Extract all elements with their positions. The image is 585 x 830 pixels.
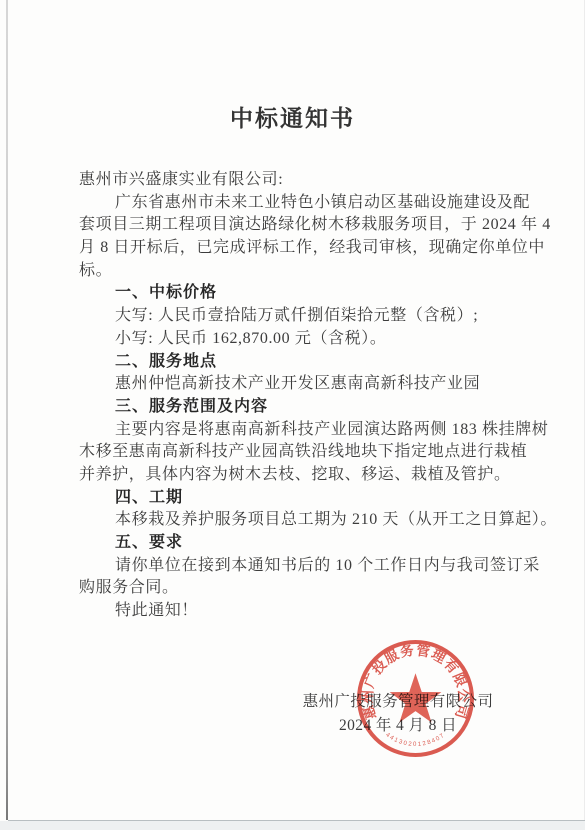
scope-line: 并养护，具体内容为树木去枝、挖取、移运、栽植及管护。 — [79, 464, 531, 487]
intro-line: 广东省惠州市未来工业特色小镇启动区基础设施建设及配 — [79, 192, 531, 215]
notice-body: 惠州市兴盛康实业有限公司: 广东省惠州市未来工业特色小镇启动区基础设施建设及配 … — [79, 169, 531, 623]
scan-band-bottom — [0, 821, 585, 830]
closing-line: 特此通知！ — [79, 600, 531, 623]
seal-star-icon — [390, 673, 442, 722]
page-title: 中标通知书 — [0, 100, 585, 133]
price-uppercase-line: 大写: 人民币壹拾陆万贰仟捌佰柒拾元整（含税）; — [79, 305, 531, 328]
seal-number: 4413020128407 — [384, 732, 446, 748]
intro-line: 套项目三期工程项目演达路绿化树木移栽服务项目，于 2024 年 4 — [79, 214, 531, 237]
duration-line: 本移栽及养护服务项目总工期为 210 天（从开工之日算起）。 — [79, 509, 531, 532]
intro-line: 标。 — [79, 260, 531, 283]
section-heading-location: 二、服务地点 — [79, 351, 531, 374]
recipient-line: 惠州市兴盛康实业有限公司: — [79, 169, 531, 192]
price-numeric-line: 小写: 人民币 162,870.00 元（含税）。 — [79, 328, 531, 351]
service-location-line: 惠州仲恺高新技术产业开发区惠南高新科技产业园 — [79, 373, 531, 396]
section-heading-duration: 四、工期 — [79, 487, 531, 510]
section-heading-price: 一、中标价格 — [79, 282, 531, 305]
scope-line: 主要内容是将惠南高新科技产业园演达路两侧 183 株挂牌树 — [79, 419, 531, 442]
section-heading-scope: 三、服务范围及内容 — [79, 396, 531, 419]
scope-line: 木移至惠南高新科技产业园高铁沿线地块下指定地点进行栽植 — [79, 441, 531, 464]
award-notice-document: 中标通知书 惠州市兴盛康实业有限公司: 广东省惠州市未来工业特色小镇启动区基础设… — [0, 0, 585, 830]
requirements-line: 购服务合同。 — [79, 577, 531, 600]
section-heading-requirements: 五、要求 — [79, 532, 531, 555]
company-seal: 惠州广投服务管理有限公司 4413020128407 — [355, 638, 476, 759]
requirements-line: 请你单位在接到本通知书后的 10 个工作日内与我司签订采 — [79, 555, 531, 578]
svg-text:4413020128407: 4413020128407 — [384, 732, 446, 748]
intro-line: 月 8 日开标后，已完成评标工作，经我司审核，现确定你单位中 — [79, 237, 531, 260]
